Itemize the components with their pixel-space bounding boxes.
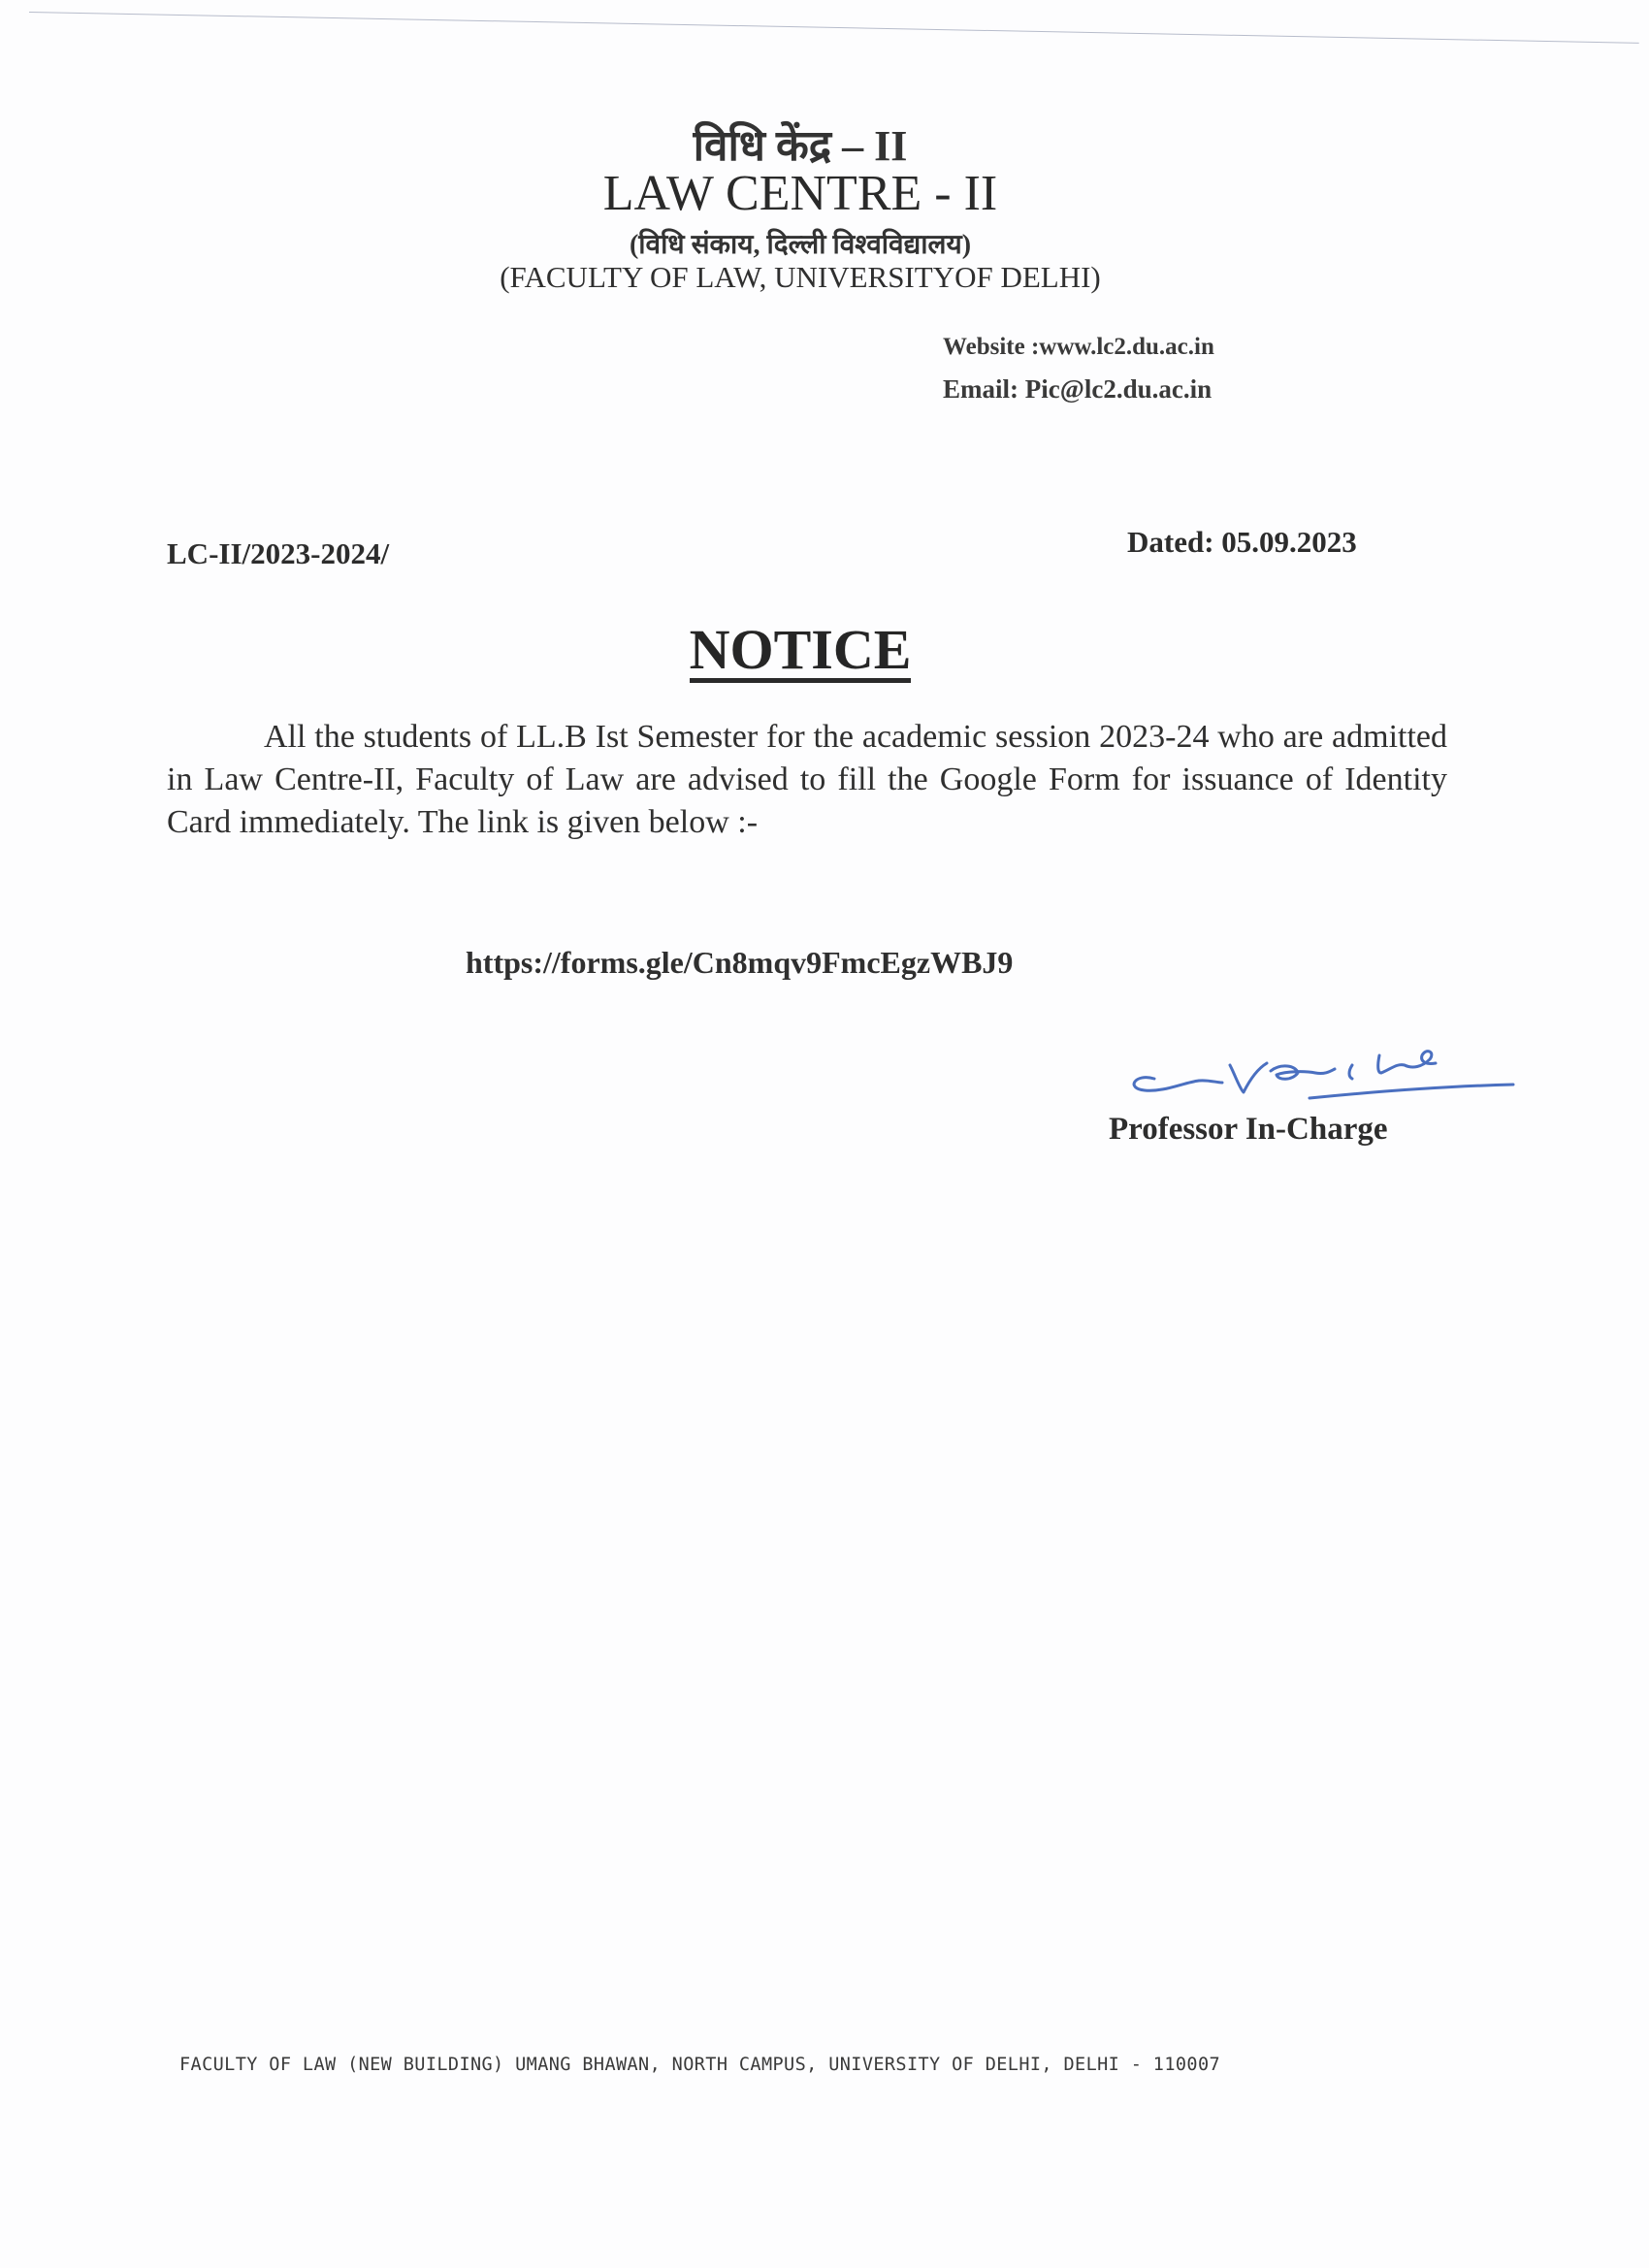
notice-date: Dated: 05.09.2023: [1127, 525, 1357, 560]
hindi-title: विधि केंद्र – II: [0, 114, 1600, 173]
google-form-link[interactable]: https://forms.gle/Cn8mqv9FmcEgzWBJ9: [466, 945, 1013, 981]
notice-body: All the students of LL.B Ist Semester fo…: [167, 716, 1447, 844]
notice-heading-text: NOTICE: [690, 621, 912, 683]
signatory-designation: Professor In-Charge: [1109, 1112, 1388, 1148]
website-line: Website :www.lc2.du.ac.in: [943, 334, 1214, 361]
hindi-subtitle: (विधि संकाय, दिल्ली विश्वविद्यालय): [0, 225, 1600, 262]
email-line: Email: Pic@lc2.du.ac.in: [943, 374, 1212, 405]
notice-heading: NOTICE: [0, 617, 1600, 683]
reference-number: LC-II/2023-2024/: [167, 536, 389, 571]
scan-edge-line: [29, 12, 1639, 44]
footer-address: FACULTY OF LAW (NEW BUILDING) UMANG BHAW…: [179, 2055, 1220, 2075]
institution-title: LAW CENTRE - II: [0, 165, 1600, 222]
signature-mark: [1115, 1028, 1523, 1106]
institution-subtitle: (FACULTY OF LAW, UNIVERSITYOF DELHI): [0, 260, 1600, 295]
